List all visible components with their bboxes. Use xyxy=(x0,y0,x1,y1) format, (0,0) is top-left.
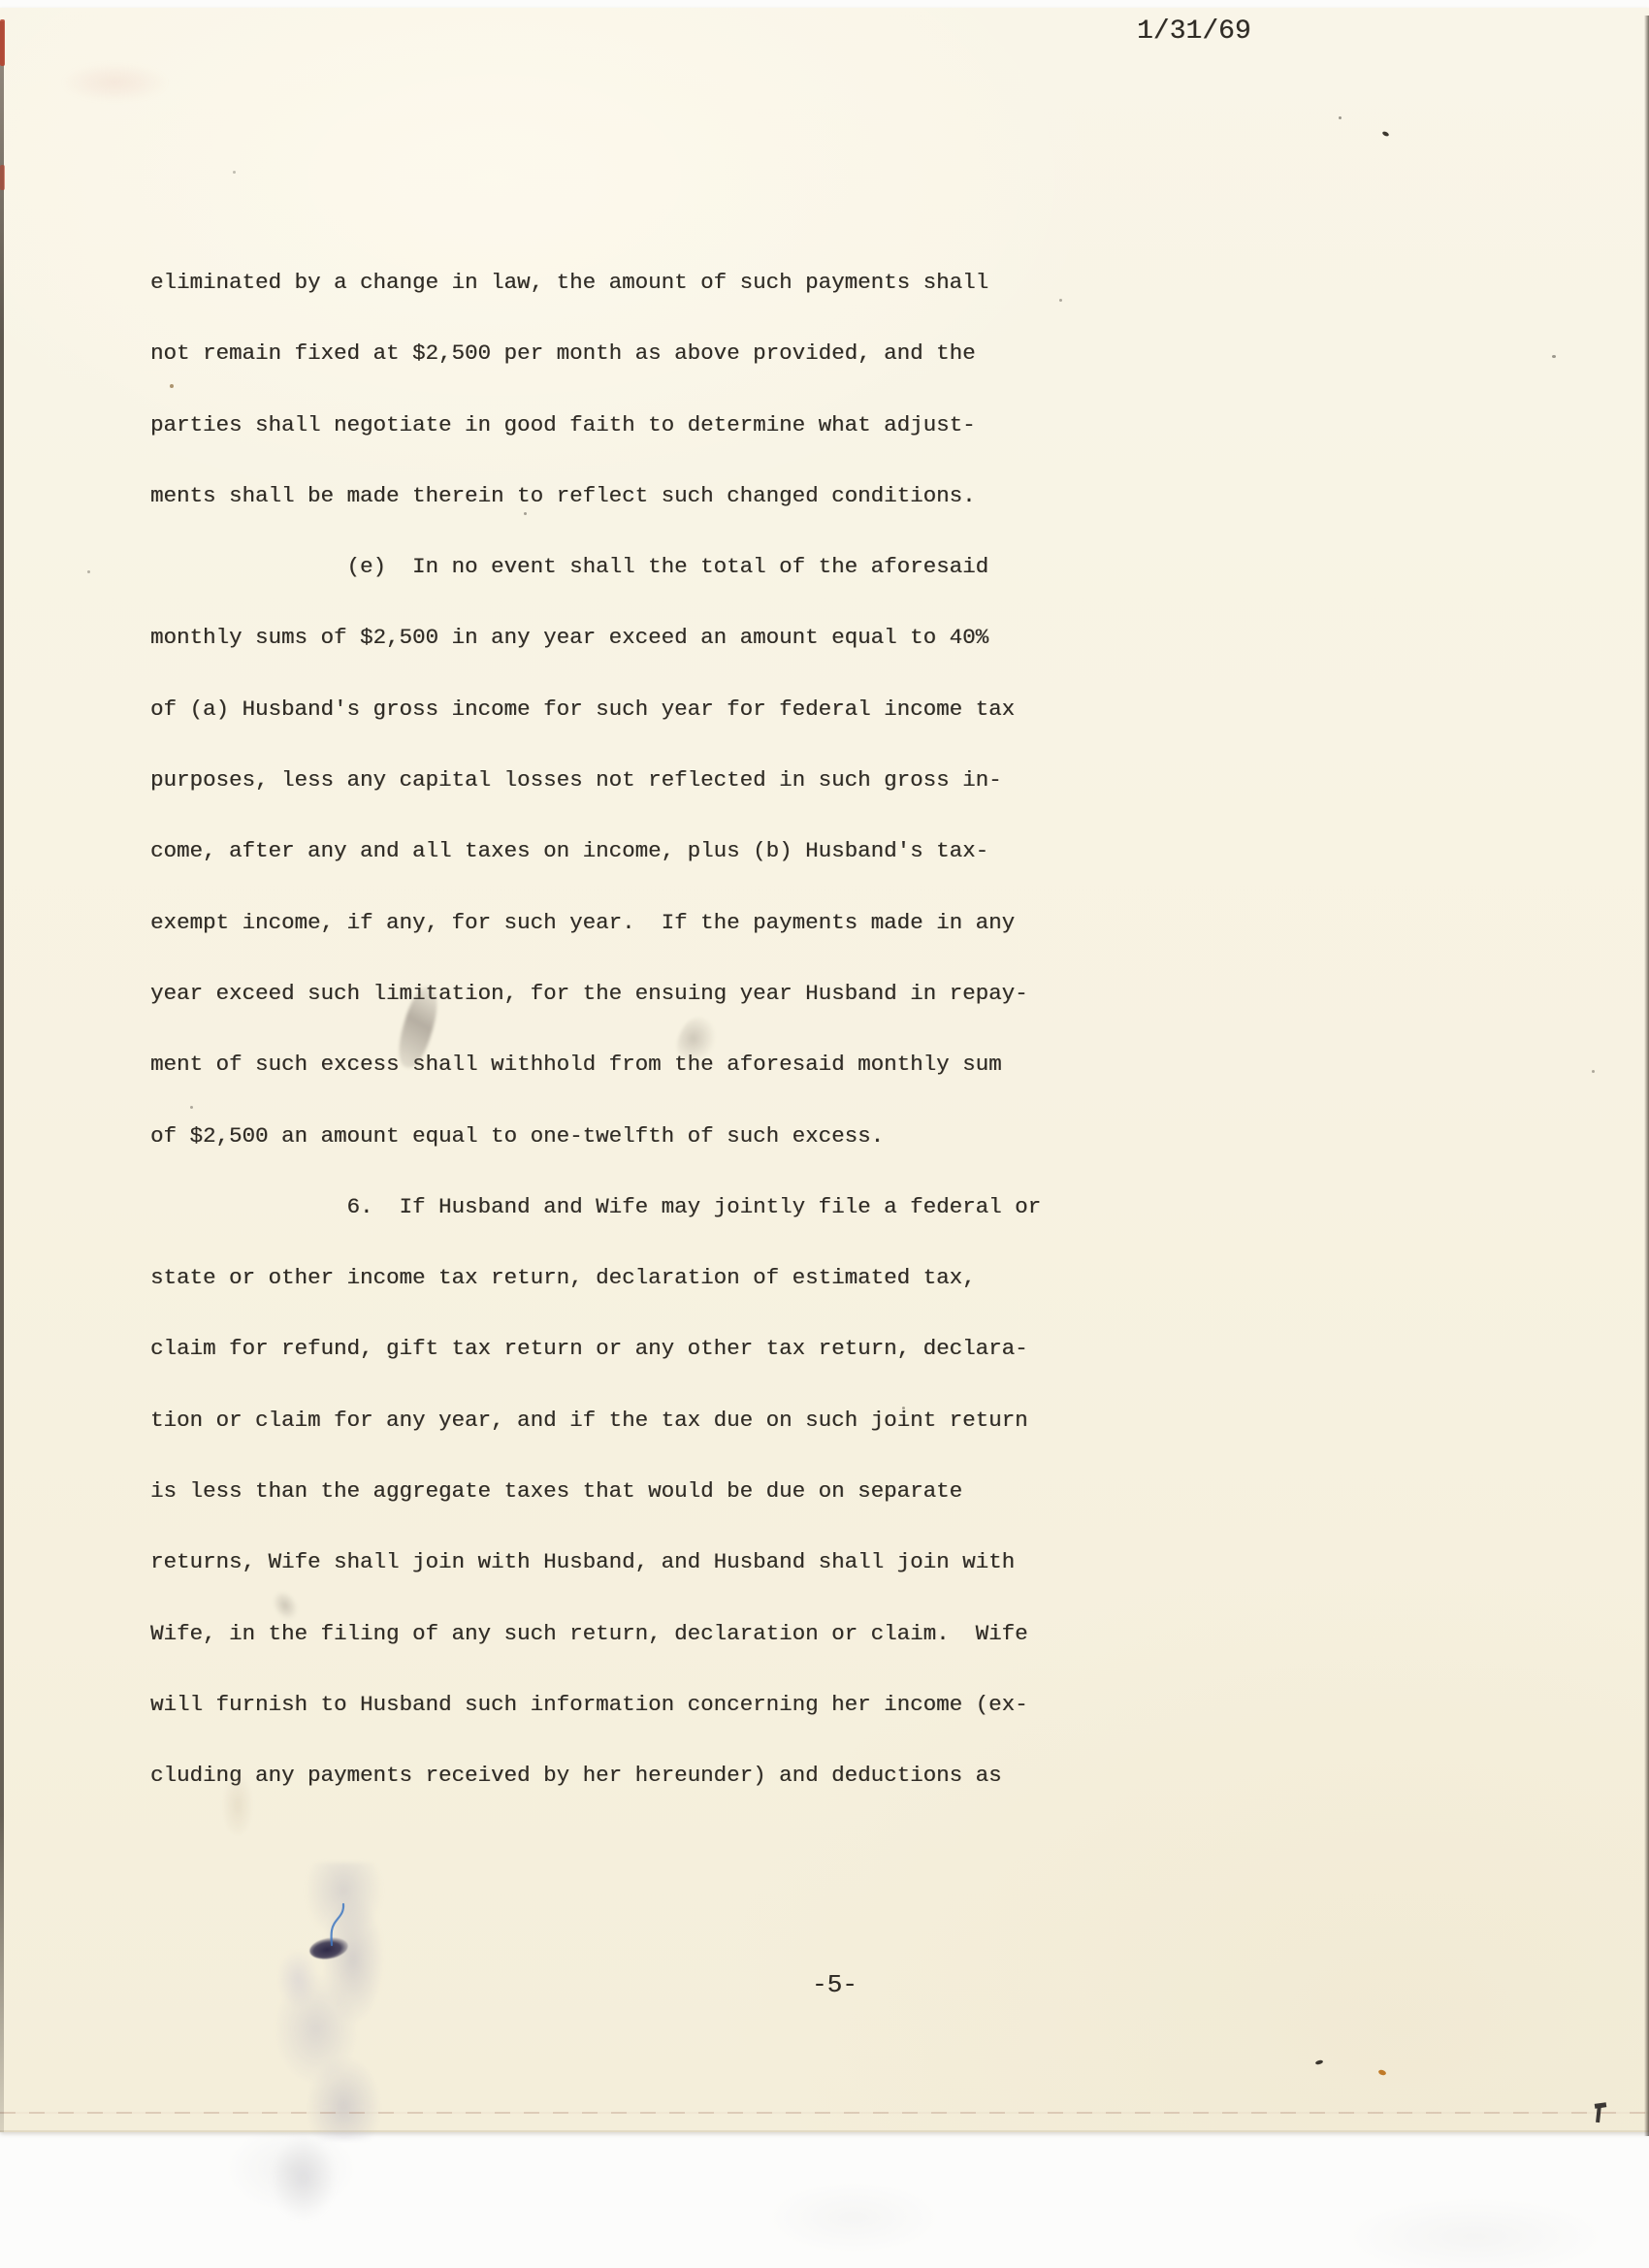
document-line: returns, Wife shall join with Husband, a… xyxy=(150,1527,1217,1598)
paper-page: 1/31/69 eliminated by a change in law, t… xyxy=(0,8,1649,2132)
paper-speck xyxy=(233,171,236,174)
document-line: tion or claim for any year, and if the t… xyxy=(150,1385,1217,1456)
document-line: (e) In no event shall the total of the a… xyxy=(150,532,1217,602)
document-line: come, after any and all taxes on income,… xyxy=(150,816,1217,887)
paper-speck xyxy=(87,570,90,573)
paper-crease-line xyxy=(0,2112,1649,2114)
document-line: eliminated by a change in law, the amoun… xyxy=(150,247,1217,318)
document-line: of $2,500 an amount equal to one-twelfth… xyxy=(150,1101,1217,1172)
document-line: not remain fixed at $2,500 per month as … xyxy=(150,318,1217,389)
document-line: Wife, in the filing of any such return, … xyxy=(150,1599,1217,1669)
document-line: monthly sums of $2,500 in any year excee… xyxy=(150,602,1217,673)
page-number: -5- xyxy=(812,1969,857,2000)
paper-speck xyxy=(902,1407,905,1409)
document-line: state or other income tax return, declar… xyxy=(150,1243,1217,1313)
document-line: exempt income, if any, for such year. If… xyxy=(150,888,1217,958)
paper-speck xyxy=(1315,2059,1324,2065)
pink-smudge xyxy=(64,64,166,101)
paper-speck xyxy=(1377,2069,1386,2076)
document-line: parties shall negotiate in good faith to… xyxy=(150,390,1217,461)
red-edge-mark xyxy=(0,165,5,190)
document-line: 6. If Husband and Wife may jointly file … xyxy=(150,1172,1217,1243)
document-line: is less than the aggregate taxes that wo… xyxy=(150,1456,1217,1527)
scan-edge-right xyxy=(1644,16,1649,2136)
document-line: of (a) Husband's gross income for such y… xyxy=(150,674,1217,745)
paper-speck xyxy=(190,1106,193,1109)
pen-mark-stroke xyxy=(1595,2102,1607,2109)
paper-speck xyxy=(1552,355,1556,358)
red-edge-mark xyxy=(0,19,5,66)
document-line: ments shall be made therein to reflect s… xyxy=(150,461,1217,532)
blue-ink-squiggle xyxy=(320,1901,353,1948)
paper-speck xyxy=(1339,116,1342,119)
document-line: will furnish to Husband such information… xyxy=(150,1669,1217,1740)
document-line: cluding any payments received by her her… xyxy=(150,1740,1217,1811)
paper-speck xyxy=(1059,299,1062,302)
paper-smudge xyxy=(223,1775,252,1835)
scanned-document: 1/31/69 eliminated by a change in law, t… xyxy=(0,0,1649,2268)
scan-background-mottling xyxy=(0,2130,1649,2268)
document-line: year exceed such limitation, for the ens… xyxy=(150,958,1217,1029)
paper-speck xyxy=(170,384,174,388)
paper-speck xyxy=(1381,131,1389,138)
document-line: claim for refund, gift tax return or any… xyxy=(150,1313,1217,1384)
document-line: purposes, less any capital losses not re… xyxy=(150,745,1217,816)
pen-mark xyxy=(1593,2103,1610,2124)
scan-edge-left xyxy=(0,21,4,2132)
paper-speck xyxy=(1592,1070,1595,1073)
document-date: 1/31/69 xyxy=(1137,16,1251,49)
paper-speck xyxy=(524,512,527,515)
